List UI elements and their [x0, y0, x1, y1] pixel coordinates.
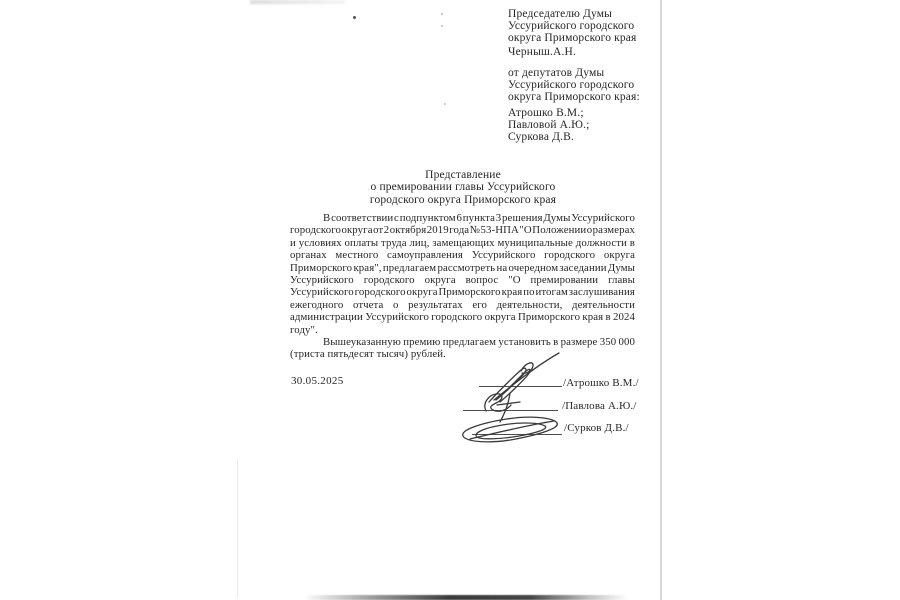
scan-fold-line	[237, 460, 238, 598]
deputy-name: Суркова Д.В.	[508, 132, 738, 144]
deputies-block: Атрошко В.М.; Павловой А.Ю.; Суркова Д.В…	[508, 108, 738, 143]
scan-speck	[441, 25, 443, 27]
body-line: ежегодного отчета о результатах его деят…	[290, 299, 635, 311]
body-line: году".	[290, 324, 635, 336]
document-title: Представление о премировании главы Уссур…	[290, 169, 636, 206]
body-line: и условиях оплаты труда лиц, замещающих …	[290, 237, 635, 249]
title-line: Представление	[290, 169, 636, 181]
sender-line: Уссурийского городского	[508, 80, 738, 92]
document-body: В соответствии с подпунктом 6 пункта 3 р…	[290, 212, 635, 361]
body-line: администрации Уссурийского городского ок…	[290, 311, 635, 323]
body-line: Уссурийского городского округа вопрос "О…	[290, 274, 635, 286]
scan-speck	[441, 13, 443, 15]
signature-label: /Сурков Д.В./	[564, 422, 629, 434]
scan-page-edge-line	[660, 0, 662, 600]
signature-surkov-icon	[463, 417, 558, 442]
body-line: органах местного самоуправления Уссурийс…	[290, 249, 635, 261]
scan-speck	[444, 103, 446, 105]
signatures-area	[440, 350, 580, 450]
recipient-name: Черныш.А.Н.	[508, 47, 738, 59]
scanned-document-page: Председателю Думы Уссурийского городског…	[0, 0, 900, 600]
title-line: о премировании главы Уссурийского	[290, 181, 636, 193]
body-line: городского округа от 2 октября 2019 года…	[290, 224, 635, 236]
body-line: Приморского края", предлагаем рассмотрет…	[290, 262, 635, 274]
sender-line: округа Приморского края:	[508, 92, 738, 104]
scan-top-smudge	[250, 0, 345, 4]
scan-bottom-smudge	[303, 595, 628, 600]
sender-block: от депутатов Думы Уссурийского городског…	[508, 68, 738, 103]
recipient-line: округа Приморского края	[508, 33, 738, 45]
body-line: Вышеуказанную премию предлагаем установи…	[290, 336, 635, 348]
signature-label: /Атрошко В.М./	[563, 377, 639, 389]
deputy-name: Павловой А.Ю.;	[508, 120, 738, 132]
document-date: 30.05.2025	[291, 375, 344, 387]
scan-speck	[353, 16, 356, 19]
title-line: городского округа Приморского края	[290, 194, 636, 206]
signature-label: /Павлова А.Ю./	[562, 400, 637, 412]
recipient-block: Председателю Думы Уссурийского городског…	[508, 9, 738, 44]
body-line: Уссурийского городского округа Приморско…	[290, 286, 635, 298]
body-line: В соответствии с подпунктом 6 пункта 3 р…	[290, 212, 635, 224]
recipient-line: Уссурийского городского	[508, 21, 738, 33]
